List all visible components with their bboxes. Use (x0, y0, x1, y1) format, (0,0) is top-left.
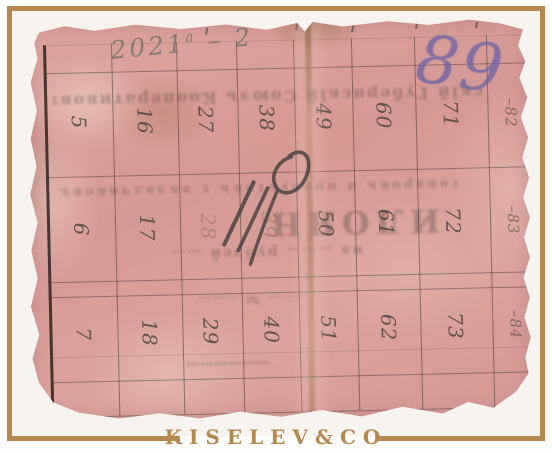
coupon-number: 18 (137, 319, 162, 347)
ration-card-paper: скій Губернскій Союзъ Кооперативовъ това… (24, 17, 534, 422)
edge-coupon-number: –82 (501, 98, 520, 128)
coupon-number: 6 (69, 222, 93, 236)
coupon-number: 73 (443, 312, 468, 340)
frame-border-top (7, 6, 545, 11)
coupon-number: 27 (193, 106, 218, 134)
cut-number-fragment (351, 25, 354, 32)
frame-border-left (7, 6, 12, 441)
coupon-number: 60 (371, 102, 396, 130)
coupon-number: 7 (71, 327, 95, 341)
coupon-number: 61 (374, 209, 399, 237)
bleed-text-line5: ……………… (59, 352, 269, 377)
ink-number: 89 (411, 20, 509, 109)
coupon-number: 71 (438, 100, 463, 128)
coupon-number: 5 (67, 115, 91, 129)
coupon-number: 16 (132, 107, 157, 135)
coupon-number: 72 (441, 207, 466, 235)
edge-coupon-number: –84 (506, 310, 525, 340)
coupon-number: 29 (198, 318, 223, 346)
bleed-text-line4: ……… № ……… (58, 289, 308, 311)
coupon-number: 38 (254, 104, 279, 132)
coupon-number: 17 (135, 214, 160, 242)
auction-house-logo: KISELEV&CO (0, 425, 552, 449)
frame-border-right (540, 6, 545, 441)
pencil-scribble (207, 142, 318, 278)
coupon-number: 62 (376, 314, 401, 342)
edge-coupon-number: –83 (504, 205, 523, 235)
coupon-number: 40 (259, 316, 284, 344)
